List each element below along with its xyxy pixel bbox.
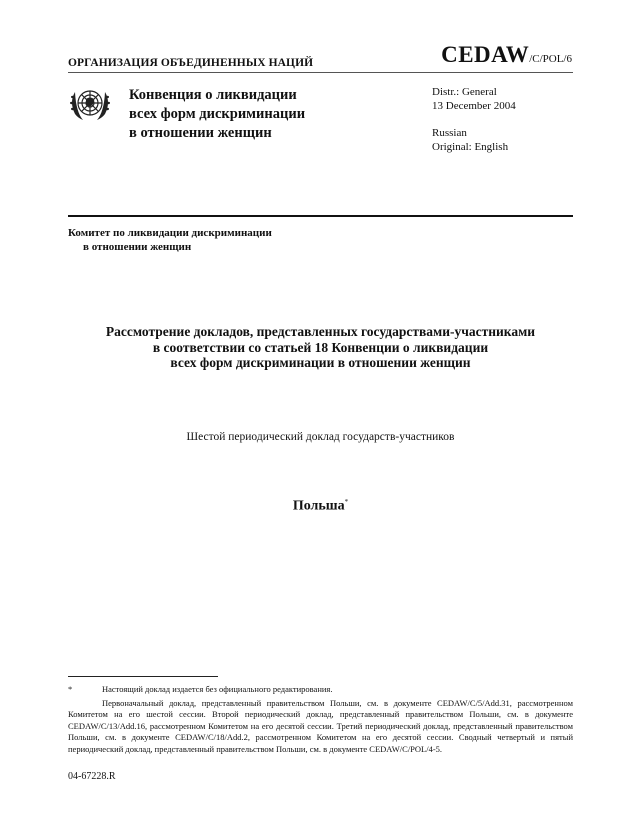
document-symbol: CEDAW/C/POL/6: [420, 42, 572, 68]
main-title: Рассмотрение докладов, представленных го…: [68, 324, 573, 371]
convention-title-line: в отношении женщин: [129, 124, 305, 143]
document-date: 13 December 2004: [432, 100, 516, 114]
document-language: Russian: [432, 127, 516, 141]
document-number: 04-67228.R: [68, 771, 116, 782]
footnote-mark: *: [68, 684, 102, 696]
country-heading: Польша*: [68, 498, 573, 515]
un-emblem-icon: [66, 84, 114, 124]
organization-name: ОРГАНИЗАЦИЯ ОБЪЕДИНЕННЫХ НАЦИЙ: [68, 57, 313, 69]
main-title-line: Рассмотрение докладов, представленных го…: [68, 324, 573, 340]
original-language: Original: English: [432, 141, 516, 155]
convention-title-line: Конвенция о ликвидации: [129, 86, 305, 105]
distribution-info: Distr.: General 13 December 2004 Russian…: [432, 86, 516, 154]
header-rule: [68, 72, 573, 73]
footnote-body: Первоначальный доклад, представленный пр…: [68, 698, 573, 756]
document-symbol-suffix: /C/POL/6: [529, 53, 572, 65]
footnote-separator: [68, 676, 218, 677]
country-name: Польша: [293, 499, 345, 514]
committee-name: Комитет по ликвидации дискриминации в от…: [68, 226, 272, 254]
main-title-line: в соответствии со статьей 18 Конвенции о…: [68, 340, 573, 356]
convention-title-line: всех форм дискриминации: [129, 105, 305, 124]
document-symbol-main: CEDAW: [441, 42, 529, 67]
convention-title: Конвенция о ликвидации всех форм дискрим…: [129, 86, 305, 143]
footnote: * Настоящий доклад издается без официаль…: [68, 684, 573, 755]
committee-line: Комитет по ликвидации дискриминации: [68, 226, 272, 240]
committee-line: в отношении женщин: [68, 240, 272, 254]
main-title-line: всех форм дискриминации в отношении женщ…: [68, 355, 573, 371]
section-rule: [68, 215, 573, 217]
distribution-status: Distr.: General: [432, 86, 516, 100]
footnote-first-line: Настоящий доклад издается без официально…: [102, 684, 332, 696]
footnote-reference[interactable]: *: [345, 498, 349, 506]
report-subtitle: Шестой периодический доклад государств-у…: [68, 431, 573, 443]
